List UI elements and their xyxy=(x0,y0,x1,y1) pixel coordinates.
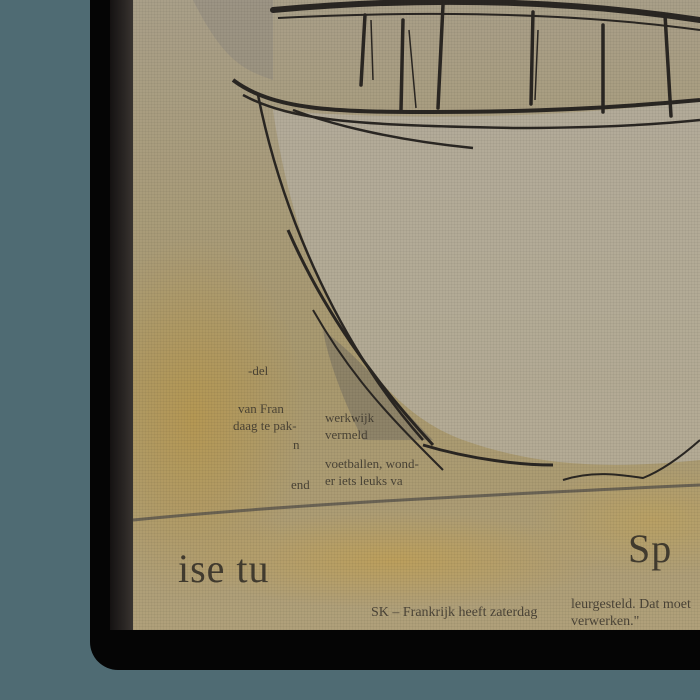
news-fragment: er iets leuks va xyxy=(325,472,403,489)
news-fragment: leurgesteld. Dat moet xyxy=(571,596,691,613)
news-fragment: SK – Frankrijk heeft zaterdag xyxy=(371,604,537,621)
news-fragment: -del xyxy=(248,362,268,379)
news-fragment: voetballen, wond- xyxy=(325,455,419,472)
news-fragment: n xyxy=(293,436,300,453)
news-fragment: verwerken." xyxy=(571,613,639,630)
artwork-canvas: -del van Fran daag te pak- n end werkwij… xyxy=(133,0,700,630)
news-fragment: end xyxy=(291,476,310,493)
news-headline: Sp xyxy=(628,525,672,572)
news-headline: ise tu xyxy=(178,545,270,592)
news-fragment: werkwijk xyxy=(325,409,374,426)
news-fragment: daag te pak- xyxy=(233,417,297,434)
bowl-sketch-icon xyxy=(133,0,700,630)
news-fragment: vermeld xyxy=(325,426,368,443)
frame-inner-edge xyxy=(110,0,134,630)
news-fragment: van Fran xyxy=(238,400,284,417)
